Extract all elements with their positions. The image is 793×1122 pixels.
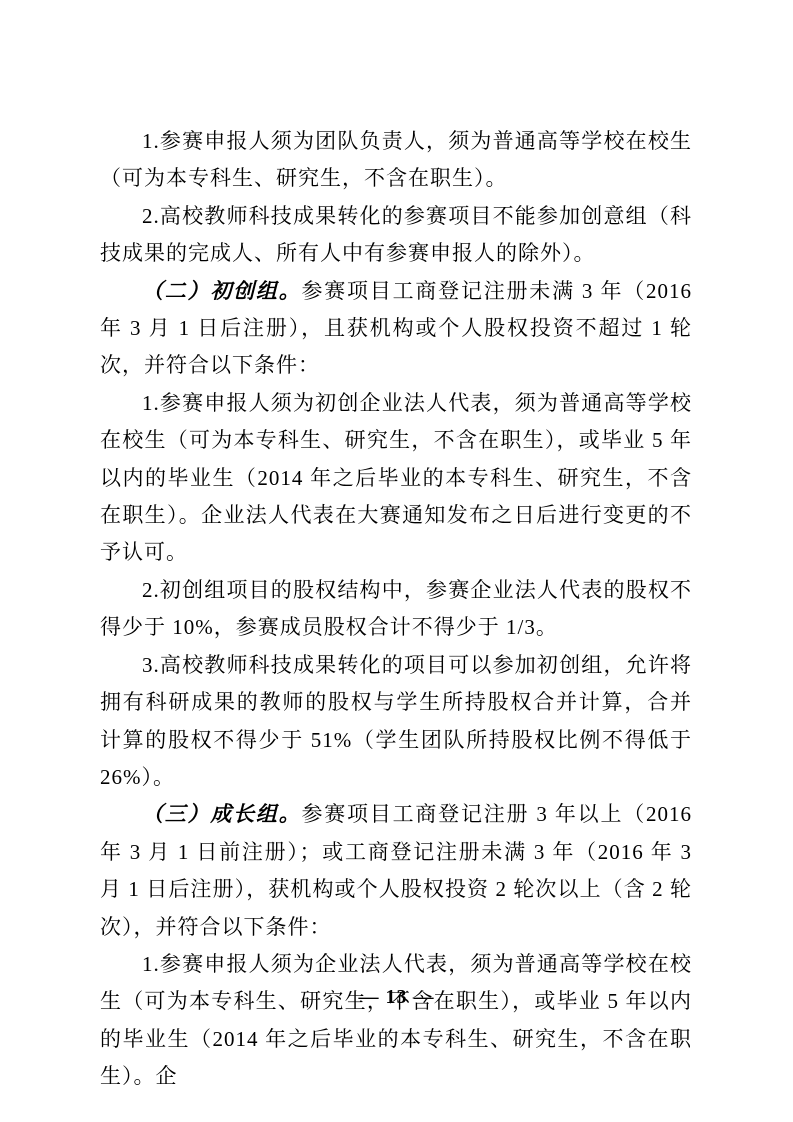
paragraph-2-text: 2.高校教师科技成果转化的参赛项目不能参加创意组（科技成果的完成人、所有人中有参… [100,204,692,265]
paragraph-3-lead: （二）初创组。 [142,279,301,303]
paragraph-8-text: 1.参赛申报人须为企业法人代表，须为普通高等学校在校生（可为本专科生、研究生，不… [100,952,692,1088]
document-body: 1.参赛申报人须为团队负责人，须为普通高等学校在校生（可为本专科生、研究生，不含… [100,123,692,1096]
paragraph-7-chengzhang-group-heading: （三）成长组。参赛项目工商登记注册 3 年以上（2016 年 3 月 1 日前注… [100,796,692,946]
paragraph-4-text: 1.参赛申报人须为初创企业法人代表，须为普通高等学校在校生（可为本专科生、研究生… [100,391,692,565]
paragraph-2: 2.高校教师科技成果转化的参赛项目不能参加创意组（科技成果的完成人、所有人中有参… [100,198,692,273]
paragraph-5-text: 2.初创组项目的股权结构中，参赛企业法人代表的股权不得少于 10%，参赛成员股权… [100,578,692,639]
paragraph-7-lead: （三）成长组。 [142,802,301,826]
paragraph-5: 2.初创组项目的股权结构中，参赛企业法人代表的股权不得少于 10%，参赛成员股权… [100,572,692,647]
paragraph-6: 3.高校教师科技成果转化的项目可以参加初创组，允许将拥有科研成果的教师的股权与学… [100,647,692,797]
paragraph-6-text: 3.高校教师科技成果转化的项目可以参加初创组，允许将拥有科研成果的教师的股权与学… [100,653,692,789]
paragraph-4: 1.参赛申报人须为初创企业法人代表，须为普通高等学校在校生（可为本专科生、研究生… [100,385,692,572]
paragraph-8: 1.参赛申报人须为企业法人代表，须为普通高等学校在校生（可为本专科生、研究生，不… [100,946,692,1096]
paragraph-3-chuchuang-group-heading: （二）初创组。参赛项目工商登记注册未满 3 年（2016 年 3 月 1 日后注… [100,273,692,385]
paragraph-1-text: 1.参赛申报人须为团队负责人，须为普通高等学校在校生（可为本专科生、研究生，不含… [100,129,692,190]
paragraph-1: 1.参赛申报人须为团队负责人，须为普通高等学校在校生（可为本专科生、研究生，不含… [100,123,692,198]
page-number: — 13 — [0,986,793,1009]
document-page: 1.参赛申报人须为团队负责人，须为普通高等学校在校生（可为本专科生、研究生，不含… [0,0,793,1122]
